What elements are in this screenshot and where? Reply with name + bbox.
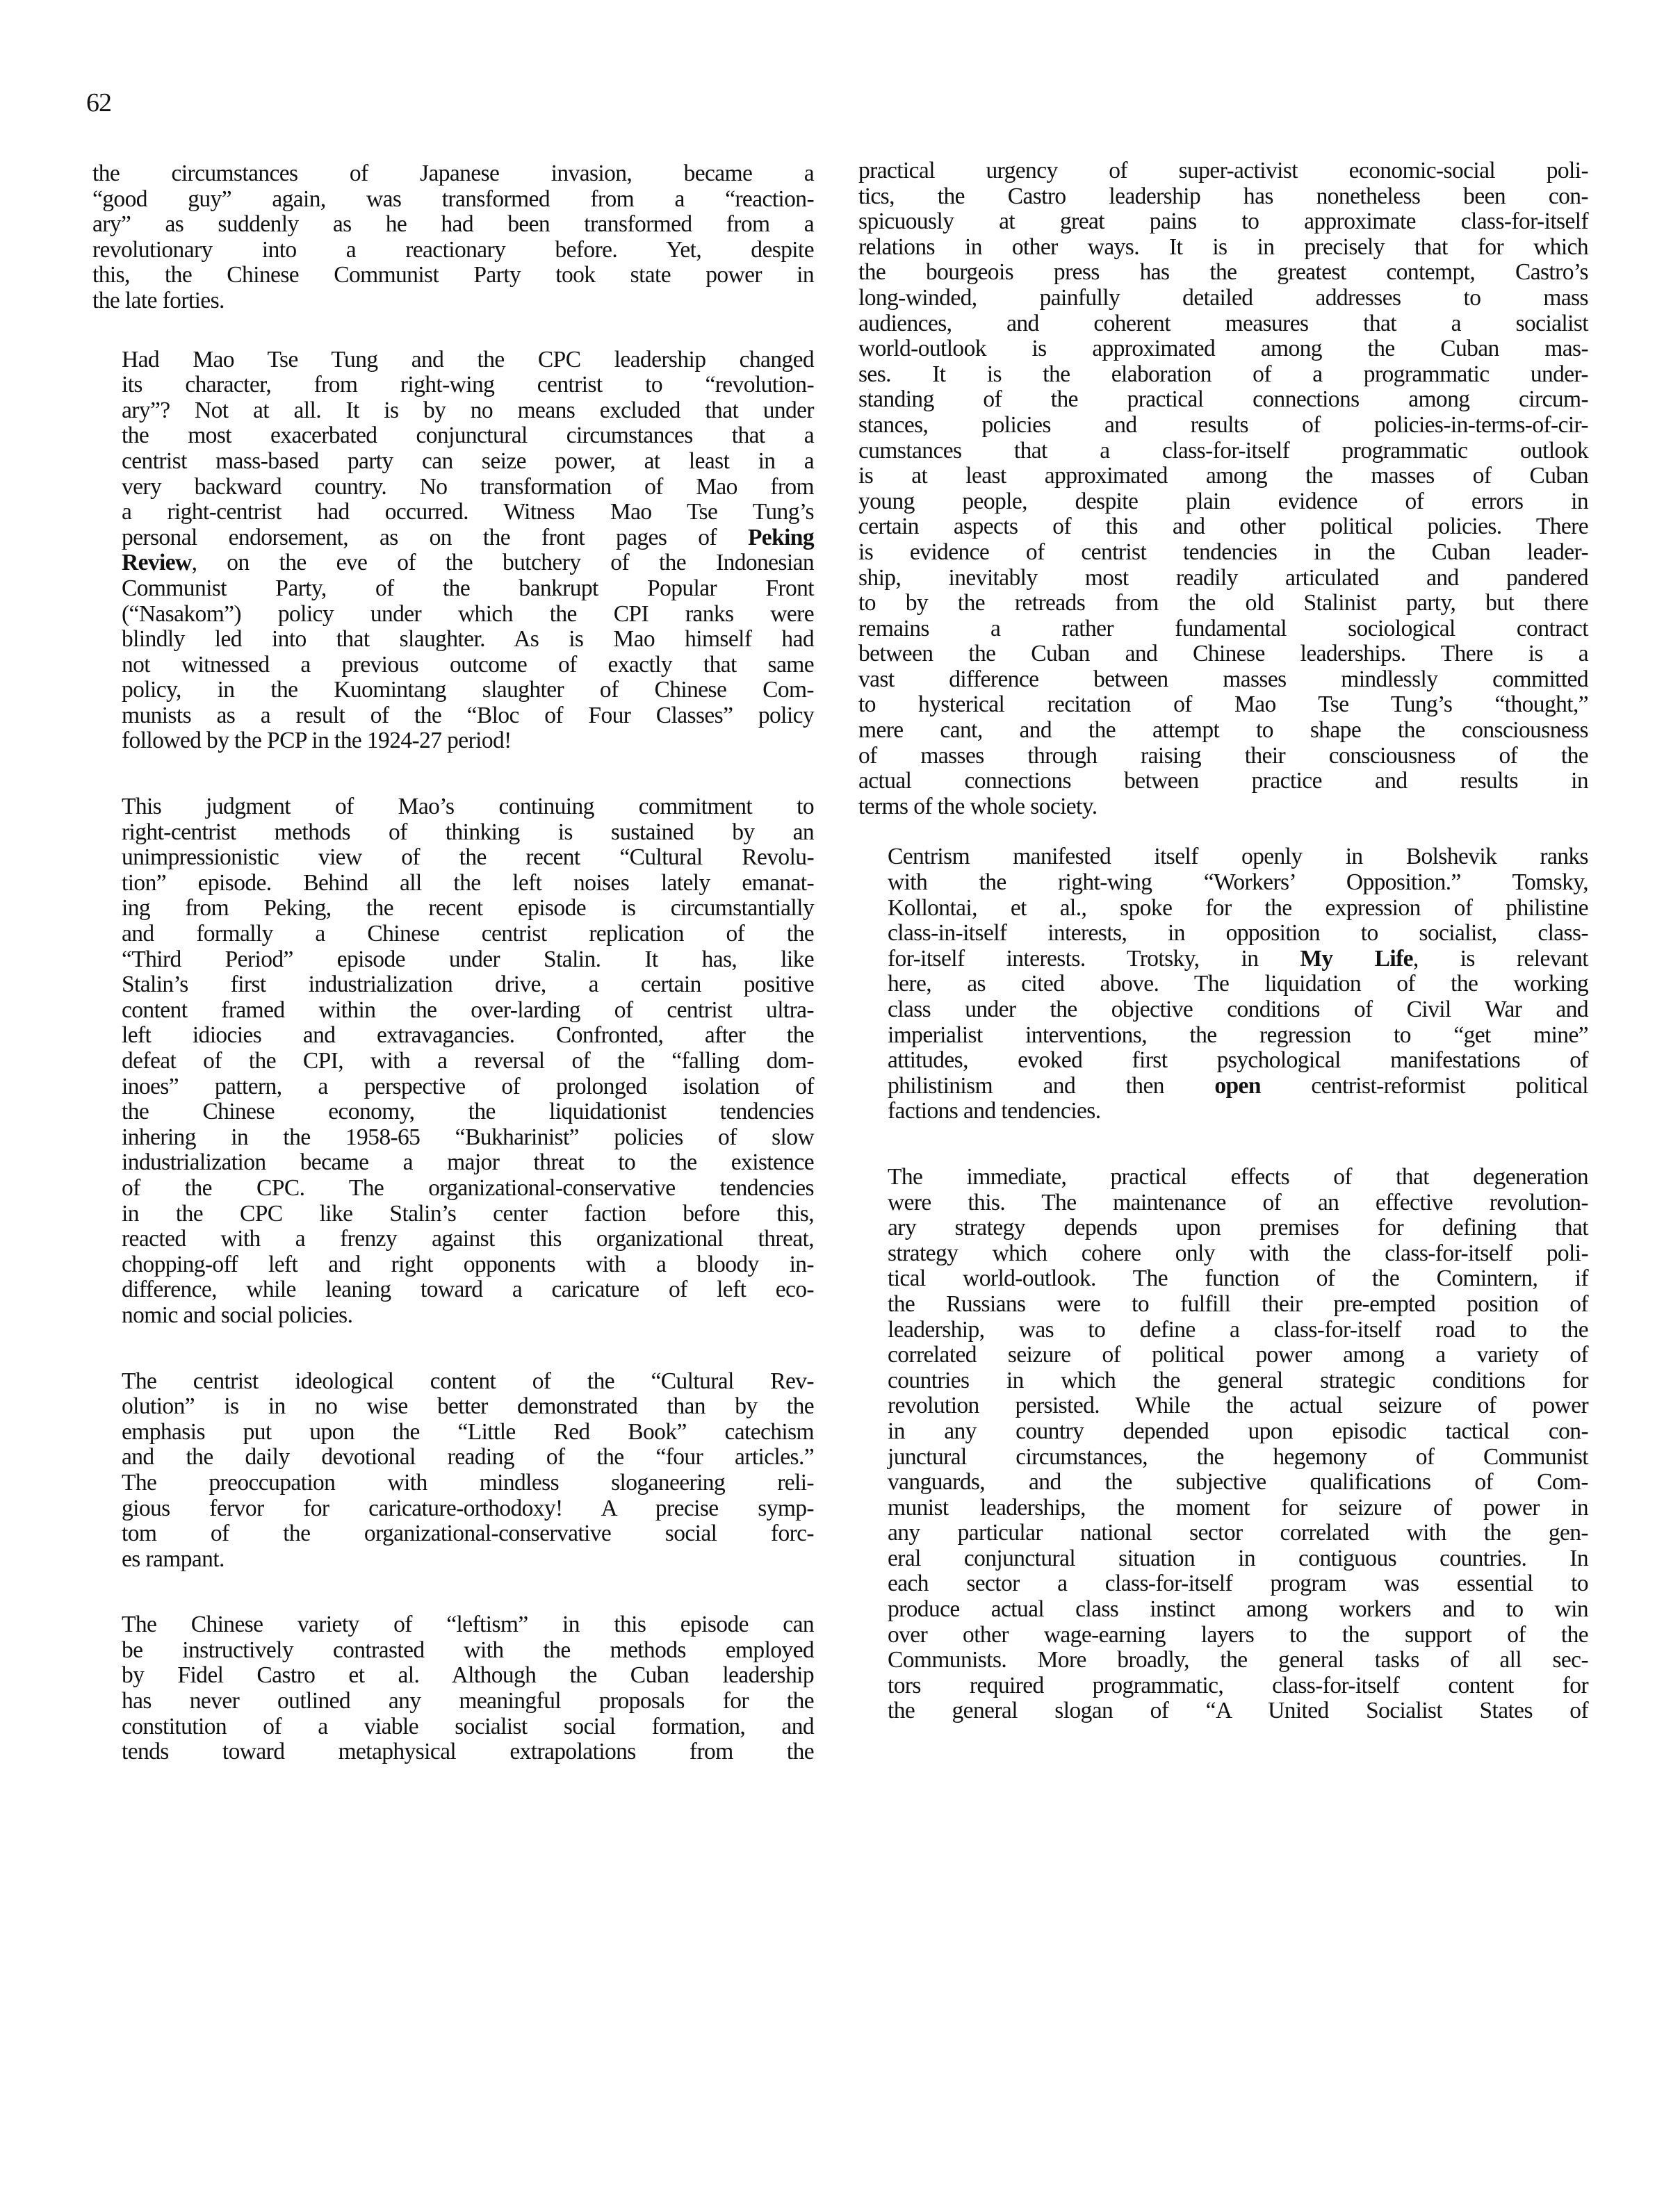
text-line: in any country depended upon episodic ta… <box>858 1419 1588 1445</box>
text-line: over other wage-earning layers to the su… <box>858 1623 1588 1648</box>
text-line: tical world-outlook. The function of the… <box>858 1266 1588 1292</box>
text-fragment: , on the eve of the butchery of the Indo… <box>192 550 814 575</box>
text-line: inoes” pattern, a perspective of prolong… <box>92 1074 814 1100</box>
paragraph-castro-leadership: practical urgency of super-activist econ… <box>858 158 1588 819</box>
text-line: nomic and social policies. <box>92 1303 814 1329</box>
text-line: remains a rather fundamental sociologica… <box>858 616 1588 642</box>
paragraph-immediate-effects: The immediate, practical effects of that… <box>858 1165 1588 1724</box>
text-line: were this. The maintenance of an effecti… <box>858 1190 1588 1216</box>
book-title-my-life: My Life <box>1300 946 1413 972</box>
text-line: produce actual class instinct among work… <box>858 1597 1588 1623</box>
text-line: the late forties. <box>92 288 814 314</box>
text-line: ary”? Not at all. It is by no means excl… <box>92 398 814 424</box>
text-line: this, the Chinese Communist Party took s… <box>92 263 814 288</box>
text-line: content framed within the over-larding o… <box>92 998 814 1024</box>
text-line: vanguards, and the subjective qualificat… <box>858 1470 1588 1496</box>
text-line: (“Nasakom”) policy under which the CPI r… <box>92 602 814 628</box>
text-line: difference, while leaning toward a caric… <box>92 1277 814 1303</box>
paragraph-japanese-invasion: the circumstances of Japanese invasion, … <box>92 161 814 314</box>
text-line: The immediate, practical effects of that… <box>858 1165 1588 1190</box>
text-line: junctural circumstances, the hegemony of… <box>858 1445 1588 1470</box>
text-line: The centrist ideological content of the … <box>92 1369 814 1395</box>
text-line: factions and tendencies. <box>858 1099 1588 1124</box>
text-line: between the Cuban and Chinese leadership… <box>858 641 1588 667</box>
text-line: Centrism manifested itself openly in Bol… <box>858 844 1588 870</box>
text-line: young people, despite plain evidence of … <box>858 489 1588 515</box>
text-line: for-itself interests. Trotsky, in My Lif… <box>858 947 1588 972</box>
publication-title-peking: Peking <box>748 525 814 550</box>
text-line: a right-centrist had occurred. Witness M… <box>92 500 814 525</box>
text-line: blindly led into that slaughter. As is M… <box>92 627 814 653</box>
text-line: long-winded, painfully detailed addresse… <box>858 286 1588 311</box>
left-column: the circumstances of Japanese invasion, … <box>92 161 814 1765</box>
text-line: es rampant. <box>92 1547 814 1573</box>
text-line: cumstances that a class-for-itself progr… <box>858 439 1588 464</box>
right-column: practical urgency of super-activist econ… <box>858 158 1588 1724</box>
text-line: stances, policies and results of policie… <box>858 413 1588 439</box>
text-line: followed by the PCP in the 1924-27 perio… <box>92 728 814 754</box>
text-fragment: for-itself interests. Trotsky, in <box>888 946 1300 972</box>
text-fragment: philistinism and then <box>888 1073 1214 1099</box>
text-line: unimpressionistic view of the recent “Cu… <box>92 845 814 871</box>
text-line: Stalin’s first industrialization drive, … <box>92 972 814 998</box>
text-line: tom of the organizational-conservative s… <box>92 1521 814 1547</box>
emphasis-open: open <box>1214 1073 1260 1099</box>
text-line: of masses through raising their consciou… <box>858 744 1588 769</box>
paragraph-bolshevik-centrism: Centrism manifested itself openly in Bol… <box>858 844 1588 1124</box>
paragraph-mao-character: Had Mao Tse Tung and the CPC leadership … <box>92 347 814 755</box>
text-line: This judgment of Mao’s continuing commit… <box>92 794 814 820</box>
text-fragment: personal endorsement, as on the front pa… <box>122 525 748 550</box>
text-line: revolution persisted. While the actual s… <box>858 1393 1588 1419</box>
text-line: emphasis put upon the “Little Red Book” … <box>92 1420 814 1445</box>
text-line: the Russians were to fulfill their pre-e… <box>858 1292 1588 1318</box>
text-line: to hysterical recitation of Mao Tse Tung… <box>858 692 1588 718</box>
text-line: by Fidel Castro et al. Although the Cuba… <box>92 1663 814 1689</box>
text-line: very backward country. No transformation… <box>92 475 814 500</box>
text-line: to by the retreads from the old Stalinis… <box>858 591 1588 616</box>
text-line: Communist Party, of the bankrupt Popular… <box>92 576 814 602</box>
text-line: revolutionary into a reactionary before.… <box>92 238 814 263</box>
text-line: Review, on the eve of the butchery of th… <box>92 550 814 576</box>
text-line: terms of the whole society. <box>858 794 1588 820</box>
text-line: reacted with a frenzy against this organ… <box>92 1227 814 1252</box>
text-line: with the right-wing “Workers’ Opposition… <box>858 870 1588 896</box>
text-line: world-outlook is approximated among the … <box>858 336 1588 362</box>
text-line: here, as cited above. The liquidation of… <box>858 972 1588 997</box>
text-line: imperialist interventions, the regressio… <box>858 1023 1588 1049</box>
text-line: the most exacerbated conjunctural circum… <box>92 423 814 449</box>
text-line: each sector a class-for-itself program w… <box>858 1571 1588 1597</box>
text-line: the circumstances of Japanese invasion, … <box>92 161 814 187</box>
text-line: ship, inevitably most readily articulate… <box>858 566 1588 591</box>
paragraph-judgment-of-mao: This judgment of Mao’s continuing commit… <box>92 794 814 1328</box>
paragraph-chinese-leftism: The Chinese variety of “leftism” in this… <box>92 1612 814 1765</box>
text-line: correlated seizure of political power am… <box>858 1343 1588 1368</box>
text-line: chopping-off left and right opponents wi… <box>92 1252 814 1278</box>
text-line: of the CPC. The organizational-conservat… <box>92 1176 814 1202</box>
text-line: actual connections between practice and … <box>858 769 1588 794</box>
text-line: “Third Period” episode under Stalin. It … <box>92 947 814 973</box>
text-line: gious fervor for caricature-orthodoxy! A… <box>92 1496 814 1522</box>
text-line: and formally a Chinese centrist replicat… <box>92 921 814 947</box>
text-line: ary” as suddenly as he had been transfor… <box>92 212 814 238</box>
text-line: countries in which the general strategic… <box>858 1368 1588 1394</box>
text-line: Had Mao Tse Tung and the CPC leadership … <box>92 347 814 373</box>
text-line: has never outlined any meaningful propos… <box>92 1689 814 1714</box>
text-fragment: centrist-reformist political <box>1261 1073 1588 1099</box>
text-line: vast difference between masses mindlessl… <box>858 667 1588 693</box>
text-line: munists as a result of the “Bloc of Four… <box>92 703 814 729</box>
text-line: eral conjunctural situation in contiguou… <box>858 1546 1588 1572</box>
text-line: ses. It is the elaboration of a programm… <box>858 362 1588 388</box>
text-line: munist leaderships, the moment for seizu… <box>858 1496 1588 1521</box>
text-line: right-centrist methods of thinking is su… <box>92 820 814 846</box>
text-line: the bourgeois press has the greatest con… <box>858 260 1588 286</box>
text-line: any particular national sector correlate… <box>858 1521 1588 1546</box>
text-line: industrialization became a major threat … <box>92 1150 814 1176</box>
text-line: relations in other ways. It is in precis… <box>858 235 1588 261</box>
text-line: constitution of a viable socialist socia… <box>92 1714 814 1740</box>
text-line: policy, in the Kuomintang slaughter of C… <box>92 678 814 703</box>
text-line: class-in-itself interests, in opposition… <box>858 921 1588 947</box>
text-line: be instructively contrasted with the met… <box>92 1638 814 1664</box>
text-line: certain aspects of this and other politi… <box>858 514 1588 540</box>
text-line: tends toward metaphysical extrapolations… <box>92 1739 814 1765</box>
text-line: inhering in the 1958-65 “Bukharinist” po… <box>92 1125 814 1151</box>
text-line: philistinism and then open centrist-refo… <box>858 1074 1588 1099</box>
text-line: left idiocies and extravagancies. Confro… <box>92 1023 814 1049</box>
text-line: centrist mass-based party can seize powe… <box>92 449 814 475</box>
publication-title-review: Review <box>122 550 192 575</box>
text-line: mere cant, and the attempt to shape the … <box>858 718 1588 744</box>
text-line: its character, from right-wing centrist … <box>92 372 814 398</box>
text-line: ing from Peking, the recent episode is c… <box>92 896 814 921</box>
text-line: olution” is in no wise better demonstrat… <box>92 1394 814 1420</box>
text-line: strategy which cohere only with the clas… <box>858 1241 1588 1267</box>
text-line: personal endorsement, as on the front pa… <box>92 525 814 551</box>
text-line: attitudes, evoked first psychological ma… <box>858 1048 1588 1074</box>
text-line: spicuously at great pains to approximate… <box>858 209 1588 235</box>
text-line: class under the objective conditions of … <box>858 997 1588 1023</box>
page-number: 62 <box>86 89 111 117</box>
text-line: in the CPC like Stalin’s center faction … <box>92 1202 814 1227</box>
text-fragment: , is relevant <box>1413 946 1588 972</box>
text-line: the general slogan of “A United Socialis… <box>858 1698 1588 1724</box>
text-line: is evidence of centrist tendencies in th… <box>858 540 1588 566</box>
text-line: “good guy” again, was transformed from a… <box>92 187 814 213</box>
text-line: and the daily devotional reading of the … <box>92 1445 814 1470</box>
paragraph-cultural-revolution-content: The centrist ideological content of the … <box>92 1369 814 1573</box>
text-line: the Chinese economy, the liquidationist … <box>92 1099 814 1125</box>
text-line: practical urgency of super-activist econ… <box>858 158 1588 184</box>
text-line: defeat of the CPI, with a reversal of th… <box>92 1049 814 1074</box>
text-line: is at least approximated among the masse… <box>858 464 1588 489</box>
text-line: standing of the practical connections am… <box>858 387 1588 413</box>
text-line: Kollontai, et al., spoke for the express… <box>858 896 1588 921</box>
text-line: audiences, and coherent measures that a … <box>858 311 1588 337</box>
text-line: The Chinese variety of “leftism” in this… <box>92 1612 814 1638</box>
text-line: not witnessed a previous outcome of exac… <box>92 653 814 678</box>
text-line: leadership, was to define a class-for-it… <box>858 1318 1588 1343</box>
text-line: Communists. More broadly, the general ta… <box>858 1648 1588 1673</box>
text-line: tion” episode. Behind all the left noise… <box>92 871 814 896</box>
text-line: The preoccupation with mindless sloganee… <box>92 1470 814 1496</box>
text-line: ary strategy depends upon premises for d… <box>858 1215 1588 1241</box>
text-line: tors required programmatic, class-for-it… <box>858 1673 1588 1699</box>
text-line: tics, the Castro leadership has nonethel… <box>858 184 1588 210</box>
